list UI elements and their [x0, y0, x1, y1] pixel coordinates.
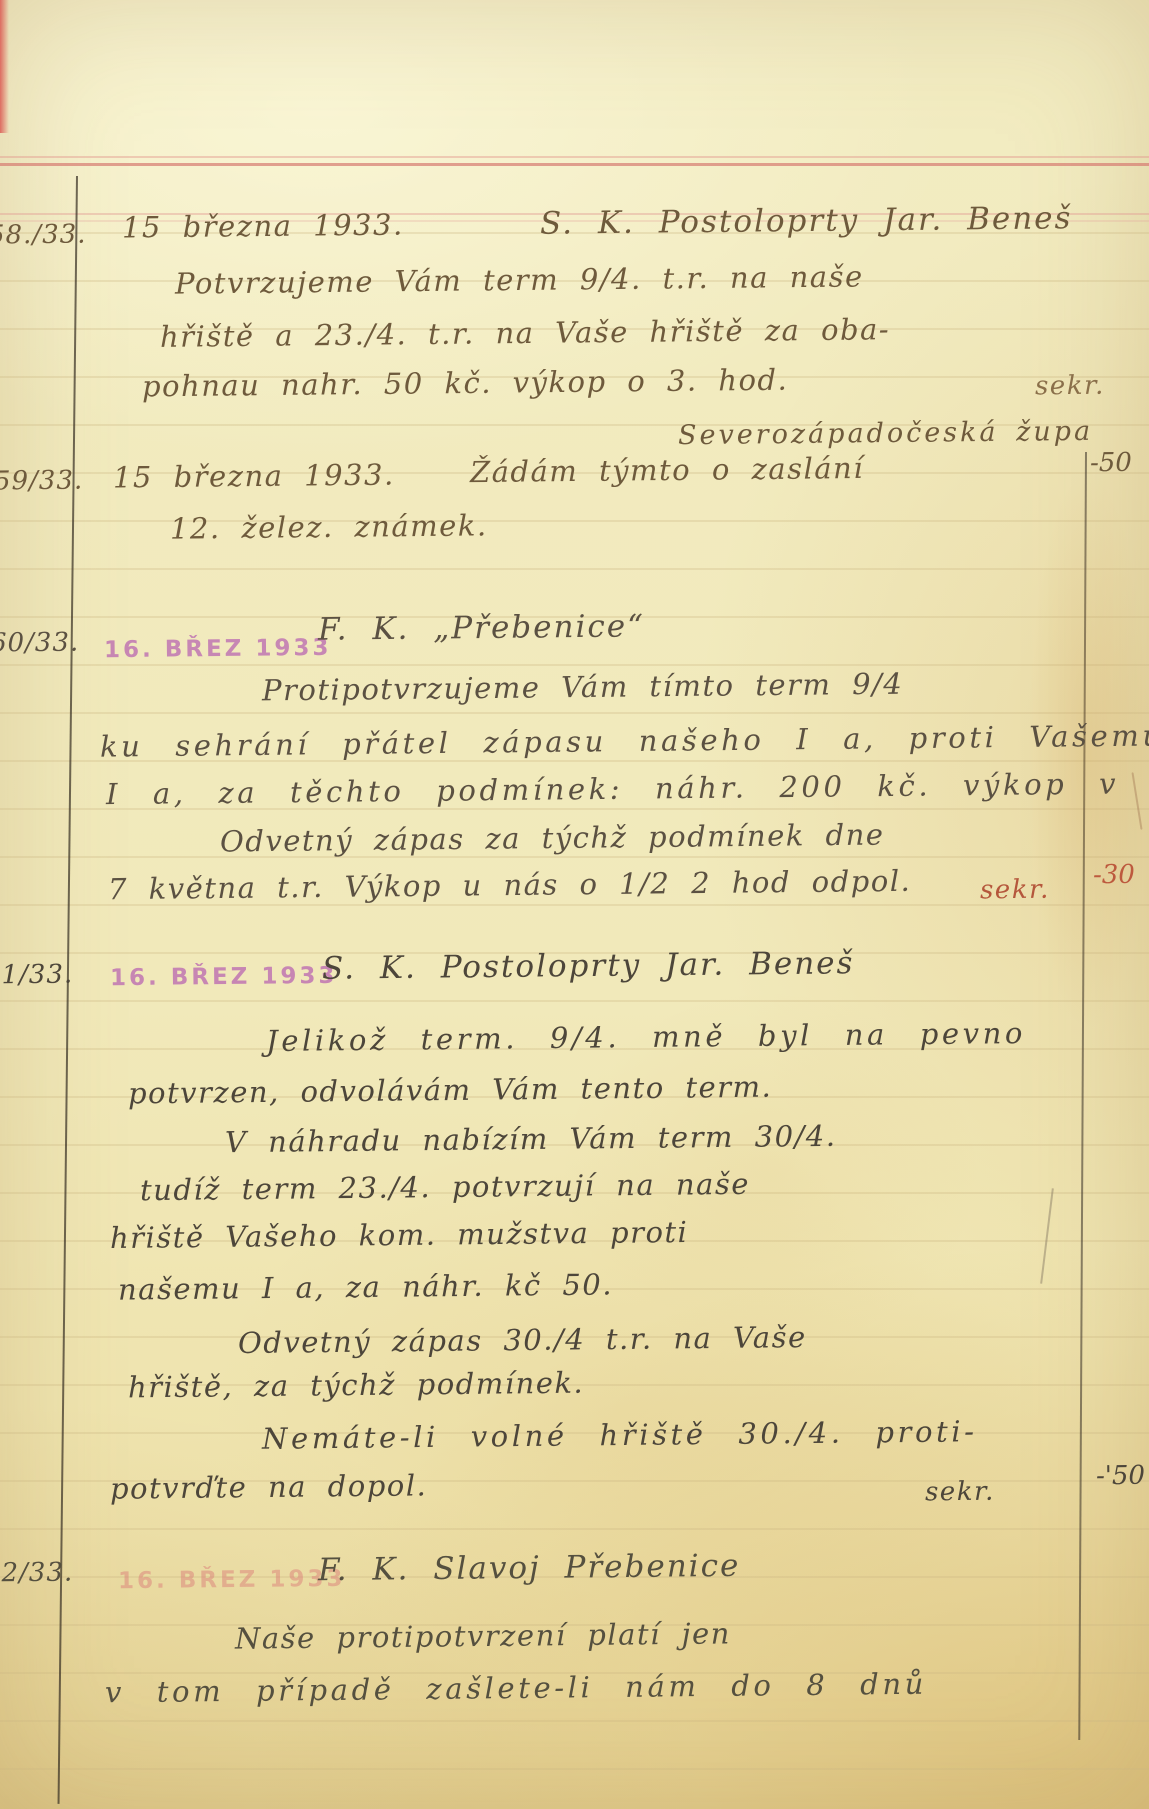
- entry-line: Naše protipotvrzení platí jen: [235, 1619, 731, 1653]
- entry-line: v tom případě zašlete-li nám do 8 dnů: [105, 1670, 927, 1708]
- entry-number: 61/33.: [0, 962, 73, 989]
- entry-number: 58./33.: [0, 221, 87, 248]
- entry-line: ku sehrání přátel zápasu našeho I a, pro…: [100, 721, 1149, 761]
- entry-line: Odvetný zápas 30./4 t.r. na Vaše: [238, 1323, 807, 1358]
- entry-line: Odvetný zápas za týchž podmínek dne: [220, 821, 885, 857]
- entry-number: 60/33.: [0, 630, 79, 657]
- entry-addressee: S. K. Postoloprty Jar. Beneš: [540, 203, 1073, 240]
- entry-line: hřiště a 23./4. t.r. na Vaše hřiště za o…: [160, 315, 890, 352]
- entry-line: I a, za těchto podmínek: náhr. 200 kč. v…: [106, 768, 1149, 809]
- secretary-signature: sekr.: [1035, 373, 1105, 400]
- entry-line: Jelikož term. 9/4. mně byl na pevno: [266, 1019, 1026, 1056]
- entry-date: 15 března 1933.: [113, 461, 395, 493]
- entry-number: 59/33.: [0, 468, 83, 495]
- entry-line: 12. želez. známek.: [170, 511, 488, 543]
- entry-line: 7 května t.r. Výkop u nás o 1/2 2 hod od…: [108, 867, 912, 904]
- entry-line: potvrzen, odvolávám Vám tento term.: [128, 1073, 773, 1109]
- entry-date: 15 března 1933.: [122, 211, 404, 243]
- amount-column-rule: [1078, 452, 1087, 1740]
- red-rule-top-faint: [0, 156, 1149, 158]
- entry-line: Nemáte-li volné hřiště 30./4. proti-: [262, 1417, 978, 1453]
- margin-amount: -30: [1093, 862, 1135, 888]
- margin-amount: -50: [1090, 450, 1132, 476]
- entry-line: Žádám týmto o zaslání: [470, 454, 864, 487]
- entry-line: pohnau nahr. 50 kč. výkop o 3. hod.: [142, 366, 789, 402]
- entry-addressee: S. K. Postoloprty Jar. Beneš: [322, 948, 855, 985]
- date-stamp: 16. BŘEZ 1933: [104, 635, 332, 663]
- entry-line: hřiště Vašeho kom. mužstva proti: [110, 1218, 689, 1253]
- date-stamp: 16. BŘEZ 1933: [110, 963, 338, 991]
- entry-line: tudíž term 23./4. potvrzují na naše: [140, 1170, 750, 1205]
- entry-line: Potvrzujeme Vám term 9/4. t.r. na naše: [175, 262, 864, 298]
- entry-line: hřiště, za týchž podmínek.: [128, 1369, 584, 1403]
- red-rule-top: [0, 163, 1149, 166]
- organization-signature: Severozápadočeská župa: [678, 418, 1093, 449]
- stray-pen-stroke: [1040, 1188, 1054, 1284]
- entry-line: našemu I a, za náhr. kč 50.: [118, 1270, 613, 1304]
- secretary-signature: sekr.: [925, 1479, 995, 1506]
- entry-addressee: F. K. Slavoj Přebenice: [318, 1551, 741, 1586]
- entry-line: potvrďte na dopol.: [110, 1471, 428, 1503]
- entry-addressee: F. K. „Přebenice“: [318, 611, 645, 645]
- entry-number: 62/33.: [0, 1560, 73, 1587]
- ledger-page: 58./33. 15 března 1933. S. K. Postoloprt…: [0, 0, 1149, 1809]
- secretary-signature: sekr.: [980, 877, 1050, 904]
- entry-line: Protipotvrzujeme Vám tímto term 9/4: [262, 670, 904, 706]
- red-edge-bleed: [0, 0, 9, 133]
- date-stamp: 16. BŘEZ 1933: [118, 1566, 346, 1594]
- margin-amount: -'50: [1096, 1463, 1145, 1490]
- entry-line: V náhradu nabízím Vám term 30/4.: [225, 1122, 837, 1157]
